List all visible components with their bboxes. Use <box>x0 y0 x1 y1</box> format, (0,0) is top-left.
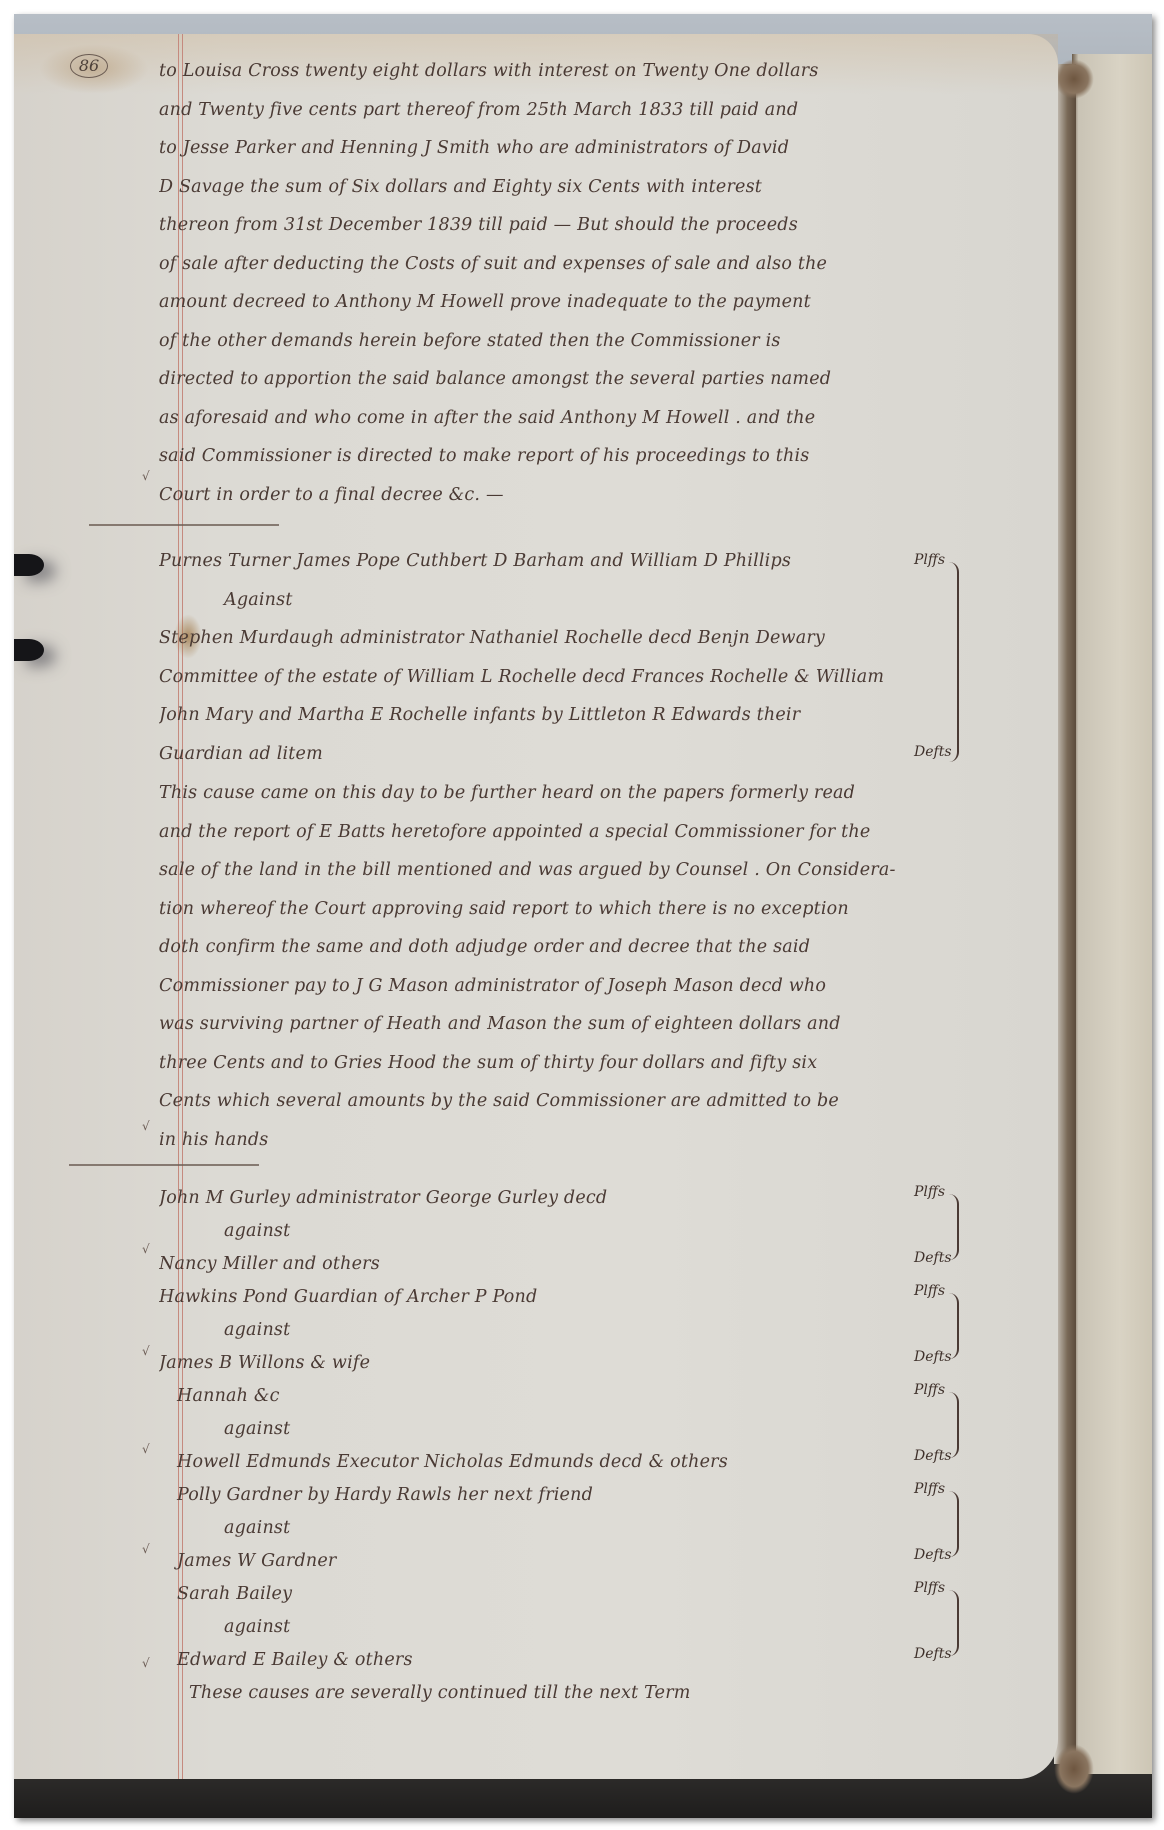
check-mark-icon: √ <box>142 1344 150 1358</box>
check-mark-icon: √ <box>142 1656 150 1670</box>
text-line: said Commissioner is directed to make re… <box>159 437 1029 476</box>
text-line: sale of the land in the bill mentioned a… <box>159 851 1029 890</box>
defendants-line: Guardian ad litem <box>159 735 1029 774</box>
plaintiff-tag: Plffs <box>914 1481 945 1497</box>
bracket-icon <box>949 1491 959 1557</box>
case-defendant: Nancy Miller and others <box>159 1248 1029 1281</box>
defendant-tag: Defts <box>914 1448 952 1464</box>
ledger-page: 86 to Louisa Cross twenty eight dollars … <box>14 34 1058 1779</box>
text-line: and Twenty five cents part thereof from … <box>159 91 1029 130</box>
text-line: was surviving partner of Heath and Mason… <box>159 1005 1029 1044</box>
binding-hole-icon <box>14 554 44 576</box>
case-plaintiff: Sarah Bailey <box>159 1578 1029 1611</box>
defendant-tag: Defts <box>914 1547 952 1563</box>
defendants-line: Committee of the estate of William L Roc… <box>159 658 1029 697</box>
section-divider <box>89 524 279 526</box>
check-mark-icon: √ <box>142 469 150 483</box>
text-line: D Savage the sum of Six dollars and Eigh… <box>159 168 1029 207</box>
against-line: against <box>159 1215 1029 1248</box>
text-line: and the report of E Batts heretofore app… <box>159 813 1029 852</box>
check-mark-icon: √ <box>142 1542 150 1556</box>
facing-page-edge <box>1072 54 1152 1774</box>
text-line: to Louisa Cross twenty eight dollars wit… <box>159 52 1029 91</box>
plaintiffs-line: Purnes Turner James Pope Cuthbert D Barh… <box>159 542 1029 581</box>
text-line: thereon from 31st December 1839 till pai… <box>159 206 1029 245</box>
text-line: Court in order to a final decree &c. — <box>159 476 1029 515</box>
check-mark-icon: √ <box>142 1442 150 1456</box>
plaintiff-tag: Plffs <box>914 1580 945 1596</box>
text-line: tion whereof the Court approving said re… <box>159 890 1029 929</box>
scanned-ledger-photo: 86 to Louisa Cross twenty eight dollars … <box>14 14 1152 1818</box>
plaintiff-tag: Plffs <box>914 552 945 568</box>
plaintiff-tag: Plffs <box>914 1283 945 1299</box>
defendant-tag: Defts <box>914 744 952 760</box>
plaintiff-tag: Plffs <box>914 1382 945 1398</box>
text-line: doth confirm the same and doth adjudge o… <box>159 928 1029 967</box>
binding-hole-icon <box>14 639 44 661</box>
against-line: against <box>159 1611 1029 1644</box>
defendant-tag: Defts <box>914 1250 952 1266</box>
text-line: This cause came on this day to be furthe… <box>159 774 1029 813</box>
case-plaintiff: John M Gurley administrator George Gurle… <box>159 1182 1029 1215</box>
plaintiff-tag: Plffs <box>914 1184 945 1200</box>
defendants-line: Stephen Murdaugh administrator Nathaniel… <box>159 619 1029 658</box>
case-plaintiff: Hannah &c <box>159 1380 1029 1413</box>
text-line: as aforesaid and who come in after the s… <box>159 399 1029 438</box>
text-line: amount decreed to Anthony M Howell prove… <box>159 283 1029 322</box>
text-line: Cents which several amounts by the said … <box>159 1082 1029 1121</box>
text-line: Commissioner pay to J G Mason administra… <box>159 967 1029 1006</box>
check-mark-icon: √ <box>142 1242 150 1256</box>
case-caption: Purnes Turner James Pope Cuthbert D Barh… <box>159 542 1029 773</box>
case-defendant: Edward E Bailey & others <box>159 1644 1029 1677</box>
page-number: 86 <box>70 54 108 78</box>
text-line: directed to apportion the said balance a… <box>159 360 1029 399</box>
case-plaintiff: Polly Gardner by Hardy Rawls her next fr… <box>159 1479 1029 1512</box>
case-defendant: James W Gardner <box>159 1545 1029 1578</box>
check-mark-icon: √ <box>142 1119 150 1133</box>
continued-causes-list: John M Gurley administrator George Gurle… <box>159 1182 1029 1710</box>
decree-continuation: to Louisa Cross twenty eight dollars wit… <box>159 52 1029 514</box>
against-line: against <box>159 1413 1029 1446</box>
text-line: in his hands <box>159 1121 1029 1160</box>
decree-body: This cause came on this day to be furthe… <box>159 774 1029 1159</box>
defendant-tag: Defts <box>914 1646 952 1662</box>
against-line: against <box>159 1512 1029 1545</box>
defendant-tag: Defts <box>914 1349 952 1365</box>
bracket-icon <box>949 562 959 762</box>
section-divider <box>69 1164 259 1166</box>
text-line: three Cents and to Gries Hood the sum of… <box>159 1044 1029 1083</box>
torn-corner-top <box>1054 59 1094 99</box>
against-line: Against <box>159 581 1029 620</box>
against-line: against <box>159 1314 1029 1347</box>
case-defendant: James B Willons & wife <box>159 1347 1029 1380</box>
text-line: of sale after deducting the Costs of sui… <box>159 245 1029 284</box>
text-line: to Jesse Parker and Henning J Smith who … <box>159 129 1029 168</box>
text-line: of the other demands herein before state… <box>159 322 1029 361</box>
bracket-icon <box>949 1293 959 1359</box>
torn-corner-bottom <box>1054 1744 1094 1794</box>
closing-note: These causes are severally continued til… <box>159 1677 1029 1710</box>
case-defendant: Howell Edmunds Executor Nicholas Edmunds… <box>159 1446 1029 1479</box>
bracket-icon <box>949 1392 959 1458</box>
case-plaintiff: Hawkins Pond Guardian of Archer P Pond <box>159 1281 1029 1314</box>
defendants-line: John Mary and Martha E Rochelle infants … <box>159 696 1029 735</box>
bracket-icon <box>949 1590 959 1656</box>
bracket-icon <box>949 1194 959 1260</box>
